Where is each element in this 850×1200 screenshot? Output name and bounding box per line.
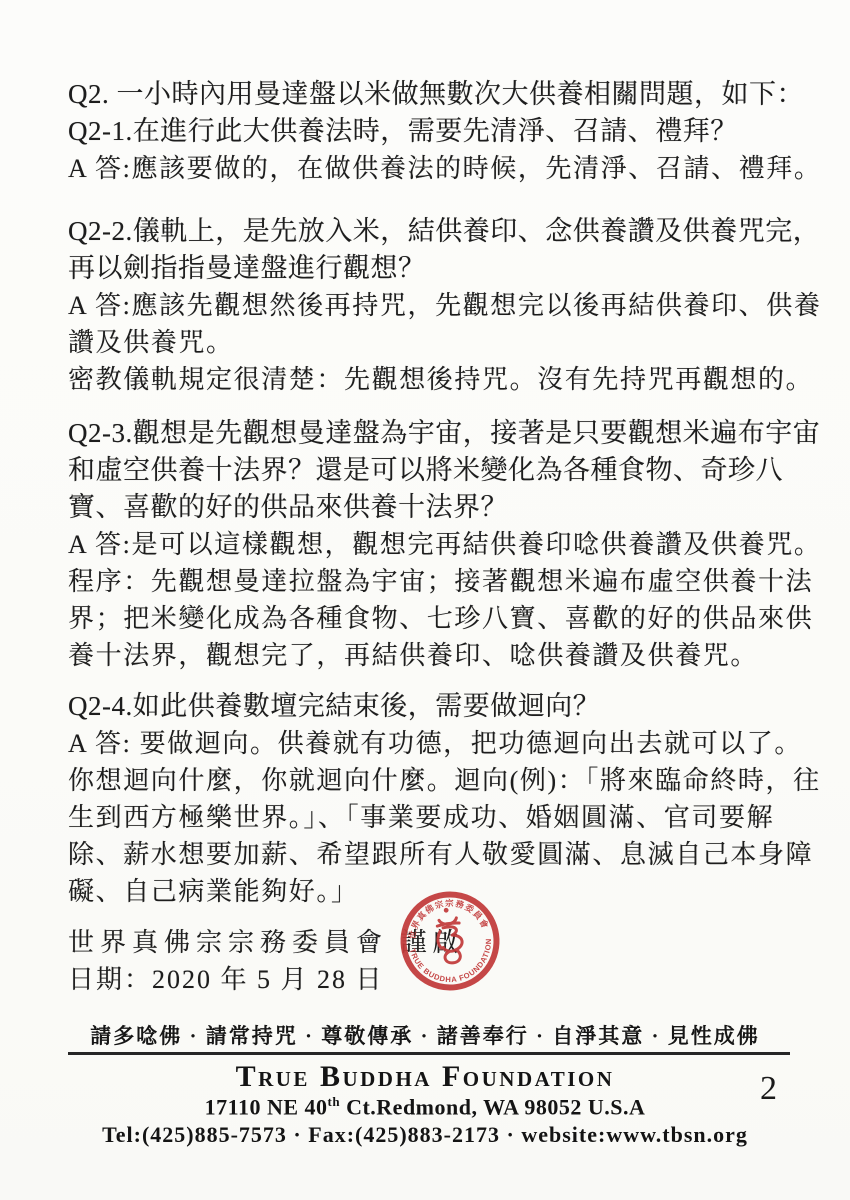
q2-3-answer-line-2: 程序：先觀想曼達拉盤為宇宙；接著觀想米遍布虛空供養十法 bbox=[68, 563, 813, 600]
seal-top-text: 世界真佛宗宗務委員會 bbox=[402, 892, 491, 941]
q2-4-answer-line-1: A 答: 要做迴向。供養就有功德，把功德迴向出去就可以了。 bbox=[68, 725, 813, 762]
qa-block-q2-2: Q2-2.儀軌上，是先放入米，結供養印、念供養讚及供養咒完， 再以劍指指曼達盤進… bbox=[68, 213, 813, 398]
q2-1-question: Q2-1.在進行此大供養法時，需要先清淨、召請、禮拜？ bbox=[68, 113, 813, 150]
q2-4-answer-line-4: 除、薪水想要加薪、希望跟所有人敬愛圓滿、息滅自己本身障 bbox=[68, 836, 813, 873]
letter-body: Q2. 一小時內用曼達盤以米做無數次大供養相關問題，如下： Q2-1.在進行此大… bbox=[68, 76, 813, 998]
address-suffix: Ct.Redmond, WA 98052 U.S.A bbox=[340, 1094, 645, 1119]
q2-3-answer-line-1: A 答:是可以這樣觀想，觀想完再結供養印唸供養讚及供養咒。 bbox=[68, 526, 813, 563]
footer-address: 17110 NE 40th Ct.Redmond, WA 98052 U.S.A bbox=[0, 1094, 850, 1120]
qa-block-q2-3: Q2-3.觀想是先觀想曼達盤為宇宙，接著是只要觀想米遍布宇宙 和虛空供養十法界？… bbox=[68, 415, 813, 674]
qa-block-q2-4: Q2-4.如此供養數壇完結束後，需要做迴向？ A 答: 要做迴向。供養就有功德，… bbox=[68, 688, 813, 910]
address-prefix: 17110 NE 40 bbox=[205, 1094, 328, 1119]
q2-2-question-line-2: 再以劍指指曼達盤進行觀想？ bbox=[68, 250, 813, 287]
foundation-seal: 世界真佛宗宗務委員會 TRUE BUDDHA FOUNDATION bbox=[394, 885, 507, 998]
footer-divider bbox=[68, 1052, 790, 1055]
q2-3-answer-line-3: 界；把米變化成為各種食物、七珍八寶、喜歡的好的供品來供 bbox=[68, 600, 813, 637]
address-ordinal-suffix: th bbox=[328, 1094, 341, 1109]
footer-motto: 請多唸佛 · 請常持咒 · 尊敬傳承 · 諸善奉行 · 自淨其意 · 見性成佛 bbox=[0, 1020, 850, 1050]
q2-2-question-line-1: Q2-2.儀軌上，是先放入米，結供養印、念供養讚及供養咒完， bbox=[68, 213, 813, 250]
q2-3-answer-line-4: 養十法界，觀想完了，再結供養印、唸供養讚及供養咒。 bbox=[68, 637, 813, 674]
page-number: 2 bbox=[760, 1070, 777, 1108]
q2-heading: Q2. 一小時內用曼達盤以米做無數次大供養相關問題，如下： bbox=[68, 76, 813, 113]
seed-syllable-glyph bbox=[434, 906, 465, 964]
footer-contact-line: Tel:(425)885-7573 · Fax:(425)883-2173 · … bbox=[0, 1122, 850, 1148]
q2-2-answer-line-2: 讚及供養咒。 bbox=[68, 324, 813, 361]
footer-org-name: True Buddha Foundation bbox=[0, 1060, 850, 1094]
qa-block-q2-1: Q2. 一小時內用曼達盤以米做無數次大供養相關問題，如下： Q2-1.在進行此大… bbox=[68, 76, 813, 187]
q2-3-question-line-2: 和虛空供養十法界？還是可以將米變化為各種食物、奇珍八 bbox=[68, 452, 813, 489]
scanned-letter-page: Q2. 一小時內用曼達盤以米做無數次大供養相關問題，如下： Q2-1.在進行此大… bbox=[0, 0, 850, 1200]
q2-3-question-line-3: 寶、喜歡的好的供品來供養十法界？ bbox=[68, 489, 813, 526]
q2-1-answer: A 答:應該要做的，在做供養法的時候，先清淨、召請、禮拜。 bbox=[68, 150, 813, 187]
q2-4-answer-line-2: 你想迴向什麼，你就迴向什麼。迴向(例)：「將來臨命終時，往 bbox=[68, 762, 813, 799]
q2-4-answer-line-3: 生到西方極樂世界。」、「事業要成功、婚姻圓滿、官司要解 bbox=[68, 799, 813, 836]
q2-3-question-line-1: Q2-3.觀想是先觀想曼達盤為宇宙，接著是只要觀想米遍布宇宙 bbox=[68, 415, 813, 452]
q2-2-answer-line-3: 密教儀軌規定很清楚：先觀想後持咒。沒有先持咒再觀想的。 bbox=[68, 361, 813, 398]
q2-4-question: Q2-4.如此供養數壇完結束後，需要做迴向？ bbox=[68, 688, 813, 725]
q2-2-answer-line-1: A 答:應該先觀想然後再持咒，先觀想完以後再結供養印、供養 bbox=[68, 287, 813, 324]
